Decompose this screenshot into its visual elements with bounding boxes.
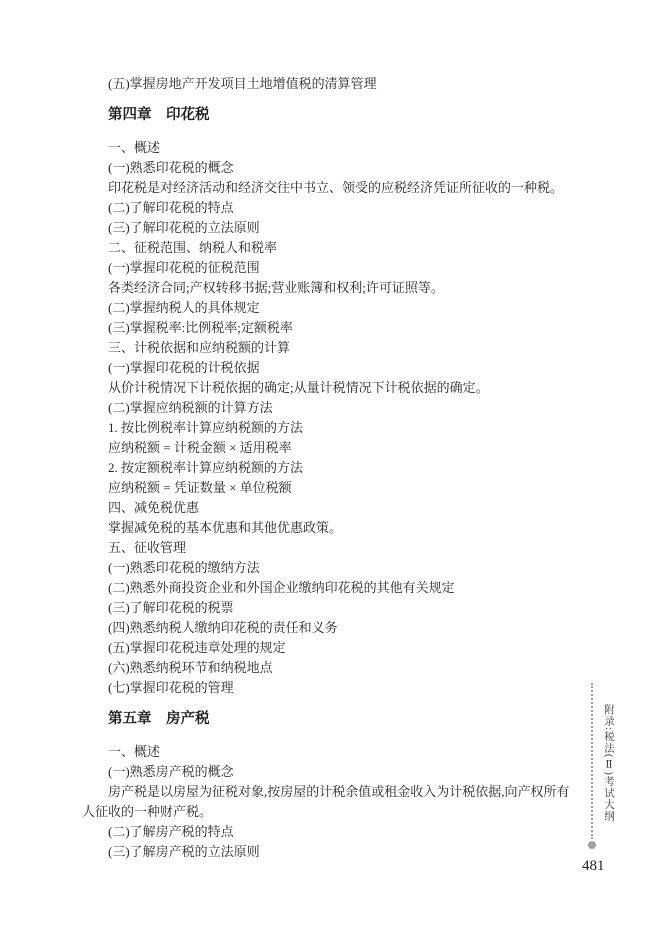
syllabus-line: 一、概述: [82, 138, 579, 158]
margin-dotted-line: [591, 683, 593, 839]
syllabus-line: (三)了解印花税的立法原则: [82, 218, 579, 238]
chapter-heading: 第五章 房产税: [82, 709, 579, 729]
syllabus-content: (五)掌握房地产开发项目土地增值税的清算管理第四章 印花税一、概述(一)熟悉印花…: [82, 74, 579, 862]
syllabus-line: 应纳税额 = 凭证数量 × 单位税额: [82, 478, 579, 498]
syllabus-line: 各类经济合同;产权转移书据;营业账簿和权利;许可证照等。: [82, 278, 579, 298]
syllabus-line: (一)掌握印花税的计税依据: [82, 358, 579, 378]
chapter-heading: 第四章 印花税: [82, 105, 579, 125]
syllabus-line: (四)熟悉纳税人缴纳印花税的责任和义务: [82, 618, 579, 638]
appendix-vertical-label: 附录:税法(Ⅱ)考试大纲: [601, 704, 616, 822]
document-page: (五)掌握房地产开发项目土地增值税的清算管理第四章 印花税一、概述(一)熟悉印花…: [0, 0, 655, 935]
syllabus-line: (二)掌握纳税人的具体规定: [82, 298, 579, 318]
syllabus-line: (五)掌握印花税违章处理的规定: [82, 638, 579, 658]
syllabus-line: (一)熟悉印花税的缴纳方法: [82, 558, 579, 578]
syllabus-line: 三、计税依据和应纳税额的计算: [82, 338, 579, 358]
syllabus-line: (二)熟悉外商投资企业和外国企业缴纳印花税的其他有关规定: [82, 578, 579, 598]
syllabus-line: (二)了解房产税的特点: [82, 822, 579, 842]
syllabus-line: (三)了解房产税的立法原则: [82, 842, 579, 862]
syllabus-line: 应纳税额 = 计税金额 × 适用税率: [82, 438, 579, 458]
page-number: 481: [582, 858, 605, 875]
syllabus-line: (二)了解印花税的特点: [82, 198, 579, 218]
syllabus-line: 掌握减免税的基本优惠和其他优惠政策。: [82, 518, 579, 538]
syllabus-line: 四、减免税优惠: [82, 498, 579, 518]
syllabus-line: 五、征收管理: [82, 538, 579, 558]
syllabus-line: (三)了解印花税的税票: [82, 598, 579, 618]
syllabus-line: 一、概述: [82, 742, 579, 762]
syllabus-line: 1. 按比例税率计算应纳税额的方法: [82, 418, 579, 438]
syllabus-line: 人征收的一种财产税。: [82, 802, 579, 822]
syllabus-line: (一)熟悉房产税的概念: [82, 762, 579, 782]
syllabus-line: (一)熟悉印花税的概念: [82, 158, 579, 178]
syllabus-line: (一)掌握印花税的征税范围: [82, 258, 579, 278]
syllabus-line: (七)掌握印花税的管理: [82, 678, 579, 698]
syllabus-line: 印花税是对经济活动和经济交往中书立、领受的应税经济凭证所征收的一种税。: [82, 178, 579, 198]
syllabus-line: 二、征税范围、纳税人和税率: [82, 238, 579, 258]
syllabus-line: (五)掌握房地产开发项目土地增值税的清算管理: [82, 74, 579, 94]
syllabus-line: 2. 按定额税率计算应纳税额的方法: [82, 458, 579, 478]
syllabus-line: 从价计税情况下计税依据的确定;从量计税情况下计税依据的确定。: [82, 378, 579, 398]
syllabus-line: (二)掌握应纳税额的计算方法: [82, 398, 579, 418]
margin-line-dot: [588, 841, 596, 849]
syllabus-line: 房产税是以房屋为征税对象,按房屋的计税余值或租金收入为计税依据,向产权所有: [82, 782, 579, 802]
syllabus-line: (三)掌握税率:比例税率;定额税率: [82, 318, 579, 338]
syllabus-line: (六)熟悉纳税环节和纳税地点: [82, 658, 579, 678]
